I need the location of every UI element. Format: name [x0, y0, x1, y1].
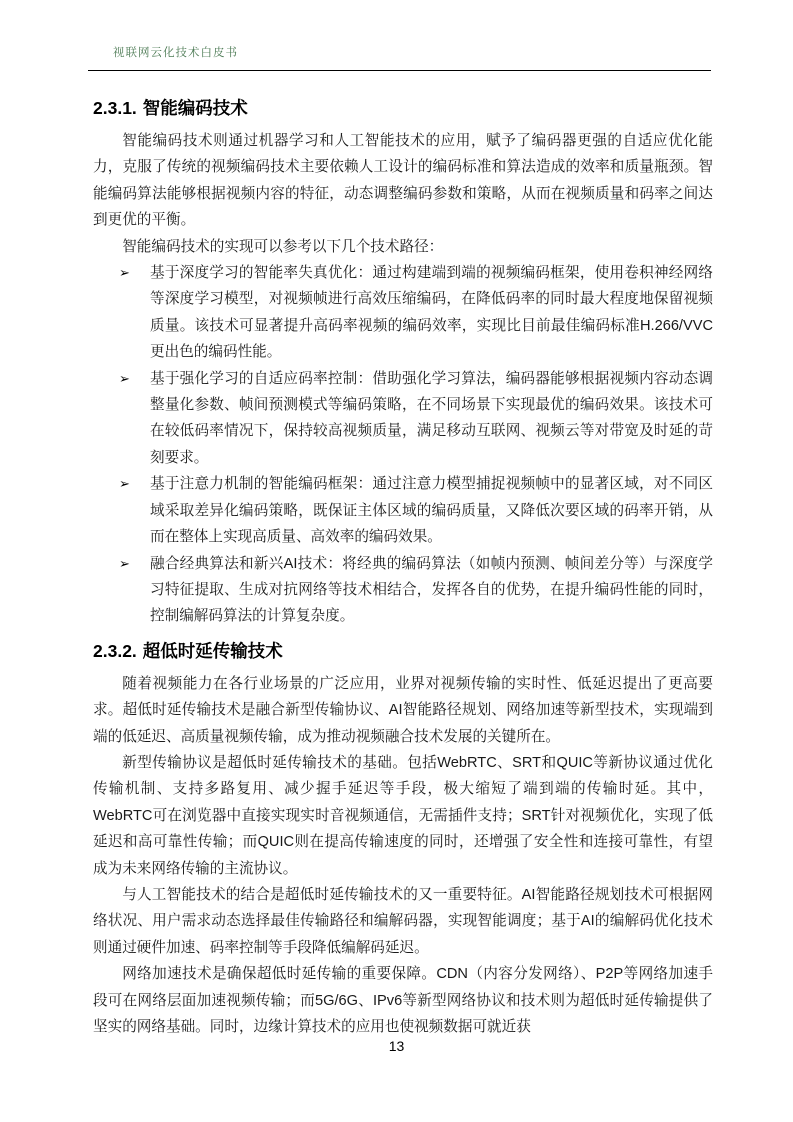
section-number: 2.3.2.: [93, 641, 137, 661]
bullet-item: ➢ 基于注意力机制的智能编码框架：通过注意力模型捕捉视频帧中的显著区域，对不同区…: [93, 471, 713, 550]
paragraph: 新型传输协议是超低时延传输技术的基础。包括WebRTC、SRT和QUIC等新协议…: [93, 750, 713, 882]
bullet-item: ➢ 融合经典算法和新兴AI技术：将经典的编码算法（如帧内预测、帧间差分等）与深度…: [93, 551, 713, 630]
section-heading-2-3-2: 2.3.2.超低时延传输技术: [93, 637, 713, 665]
paragraph: 随着视频能力在各行业场景的广泛应用，业界对视频传输的实时性、低延迟提出了更高要求…: [93, 671, 713, 750]
arrow-bullet-icon: ➢: [119, 471, 130, 497]
arrow-bullet-icon: ➢: [119, 260, 130, 286]
page-number: 13: [0, 1038, 793, 1054]
bullet-item: ➢ 基于强化学习的自适应码率控制：借助强化学习算法，编码器能够根据视频内容动态调…: [93, 366, 713, 472]
arrow-bullet-icon: ➢: [119, 551, 130, 577]
bullet-text: 融合经典算法和新兴AI技术：将经典的编码算法（如帧内预测、帧间差分等）与深度学习…: [150, 556, 713, 625]
header-rule: [88, 70, 711, 71]
paragraph: 与人工智能技术的结合是超低时延传输技术的又一重要特征。AI智能路径规划技术可根据…: [93, 882, 713, 961]
paragraph: 网络加速技术是确保超低时延传输的重要保障。CDN（内容分发网络）、P2P等网络加…: [93, 961, 713, 1040]
arrow-bullet-icon: ➢: [119, 366, 130, 392]
page-content: 2.3.1.智能编码技术 智能编码技术则通过机器学习和人工智能技术的应用，赋予了…: [93, 94, 713, 1040]
section-heading-2-3-1: 2.3.1.智能编码技术: [93, 94, 713, 122]
document-page: 视联网云化技术白皮书 2.3.1.智能编码技术 智能编码技术则通过机器学习和人工…: [0, 0, 793, 1122]
section-title: 智能编码技术: [143, 98, 248, 118]
running-header-title: 视联网云化技术白皮书: [113, 44, 238, 60]
paragraph: 智能编码技术则通过机器学习和人工智能技术的应用，赋予了编码器更强的自适应优化能力…: [93, 128, 713, 234]
bullet-item: ➢ 基于深度学习的智能率失真优化：通过构建端到端的视频编码框架，使用卷积神经网络…: [93, 260, 713, 366]
bullet-text: 基于注意力机制的智能编码框架：通过注意力模型捕捉视频帧中的显著区域，对不同区域采…: [150, 476, 713, 545]
bullet-text: 基于强化学习的自适应码率控制：借助强化学习算法，编码器能够根据视频内容动态调整量…: [150, 371, 713, 466]
section-title: 超低时延传输技术: [143, 641, 283, 661]
section-number: 2.3.1.: [93, 98, 137, 118]
bullet-list: ➢ 基于深度学习的智能率失真优化：通过构建端到端的视频编码框架，使用卷积神经网络…: [93, 260, 713, 630]
bullet-text: 基于深度学习的智能率失真优化：通过构建端到端的视频编码框架，使用卷积神经网络等深…: [150, 265, 713, 360]
paragraph: 智能编码技术的实现可以参考以下几个技术路径：: [93, 234, 713, 260]
